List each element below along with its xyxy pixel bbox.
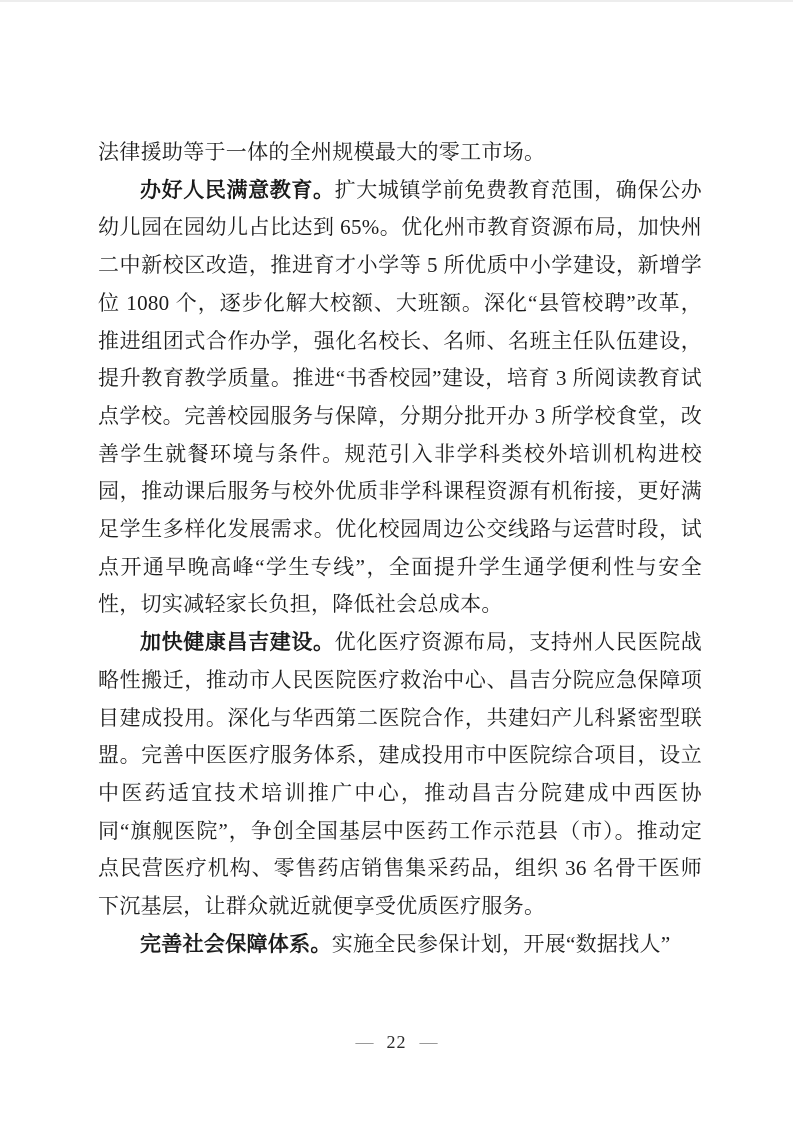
paragraph-lead-social-security: 完善社会保障体系。 (140, 932, 332, 956)
page-number: 22 (387, 1032, 407, 1052)
document-page: 法律援助等于一体的全州规模最大的零工市场。 办好人民满意教育。扩大城镇学前免费教… (0, 0, 793, 1122)
paragraph-text: 法律援助等于一体的全州规模最大的零工市场。 (98, 140, 545, 164)
paragraph-education: 办好人民满意教育。扩大城镇学前免费教育范围，确保公办幼儿园在园幼儿占比达到 65… (98, 172, 702, 624)
paragraph-text: 实施全民参保计划，开展“数据找人” (332, 932, 671, 956)
text-block: 法律援助等于一体的全州规模最大的零工市场。 办好人民满意教育。扩大城镇学前免费教… (98, 134, 702, 963)
footer-dash-left: — (343, 1032, 387, 1052)
paragraph-social-security: 完善社会保障体系。实施全民参保计划，开展“数据找人” (98, 926, 702, 964)
paragraph-text: 优化医疗资源布局，支持州人民医院战略性搬迁，推动市人民医院医疗救治中心、昌吉分院… (98, 630, 702, 918)
paragraph-lead-health: 加快健康昌吉建设。 (140, 630, 335, 654)
scan-edge-line (0, 0, 793, 2)
footer-dash-right: — (407, 1032, 451, 1052)
paragraph-health: 加快健康昌吉建设。优化医疗资源布局，支持州人民医院战略性搬迁，推动市人民医院医疗… (98, 624, 702, 926)
paragraph-text: 扩大城镇学前免费教育范围，确保公办幼儿园在园幼儿占比达到 65%。优化州市教育资… (98, 178, 702, 617)
paragraph-lead-education: 办好人民满意教育。 (140, 178, 335, 202)
paragraph-zero-work-market: 法律援助等于一体的全州规模最大的零工市场。 (98, 134, 702, 172)
page-footer: —22— (0, 1029, 793, 1055)
